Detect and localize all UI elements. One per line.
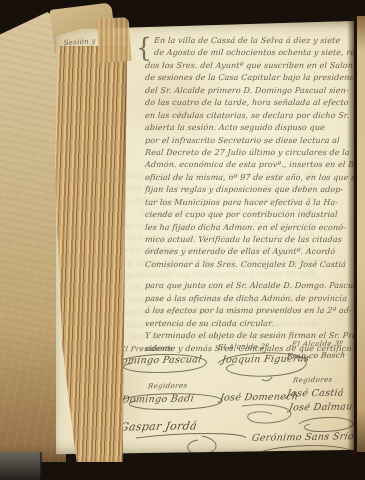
next-page-edge [357,16,365,452]
signature-title-presidente: El Presidente [119,345,173,354]
signature-name-jorda: Gaspar Jordá [119,419,198,433]
page-edges-top [97,17,132,63]
manuscript-line: pase á las oficinas de dicha Admón. de p… [145,293,358,305]
manuscript-line: á los efectos por la misma prevenidos en… [145,305,358,317]
paragraph-gap [145,271,357,280]
manuscript-line: en las cédulas citatorias, se declara po… [145,110,358,122]
signature-name-bosch: Fran.co Bosch [286,350,346,360]
manuscript-line: por el infrascrito Secretario se diese l… [145,135,358,147]
signature-name-badi: Domingo Badí [121,393,195,405]
signature-title-regidores-right: Regidores [292,376,333,385]
manuscript-line: vertencia de su citada circular. [145,318,358,330]
manuscript-line: cienda el cupo que por contribucion indu… [145,209,358,221]
manuscript-line: fijan las reglas y disposiciones que deb… [145,184,358,196]
signature-title-alcalde3: El Alcalde 3º [291,340,343,349]
scanned-manuscript-photo: del Sr. Alcalde primero D. Domingo Pascu… [0,0,365,480]
signature-title-regidores-left: Regidores [147,382,188,391]
manuscript-line: En la villa de Cassá de la Selva á diez … [145,35,358,47]
signature-title-alcalde2: El Alcalde 2º [217,343,269,352]
table-surface [0,447,365,480]
manuscript-line: dos los Sres. del Ayuntº que suscriben e… [145,60,358,72]
signature-name-pascual: Domingo Pascual [113,354,202,367]
manuscript-line: Comisionar á los Sres. Concejales D. Jos… [145,259,358,271]
manuscript-line: órdenes y enterado de ellas el Ayuntº. A… [145,246,358,258]
manuscript-line: abierta la sesión. Acto seguido dispuso … [145,122,358,134]
signature-name-dalmau: José Dalmau [288,401,353,413]
manuscript-line: do las cuatro de la tarde, hora señalada… [145,97,358,109]
manuscript-line: mico actual. Verificada la lectura de la… [145,234,358,246]
manuscript-line: de Agosto de mil ochocientos ochenta y s… [145,47,358,59]
table-surface-left [0,452,42,480]
manuscript-text: En la villa de Cassá de la Selva á diez … [145,35,357,355]
manuscript-line: oficial de la misma, nº 97 de este año, … [145,172,358,184]
manuscript-line: Real Decreto de 27 Julio último y circul… [145,147,358,159]
manuscript-line: del Sr. Alcalde primero D. Domingo Pascu… [145,85,358,97]
signature-name-castia: José Castiá [286,388,345,400]
manuscript-line: Admón. económica de esta provª., inserto… [145,159,358,171]
manuscript-line: de sesiones de la Casa Capitular bajo la… [145,72,358,84]
manuscript-line: para que junto con el Sr. Alcalde D. Dom… [145,280,358,292]
manuscript-line: les ha fijado dicha Admon. en el ejercic… [145,222,358,234]
signature-name-secretario: Gerónimo Sans Srio. [251,431,358,444]
manuscript-line: tar los Municipios para hacer efectiva á… [145,197,358,209]
